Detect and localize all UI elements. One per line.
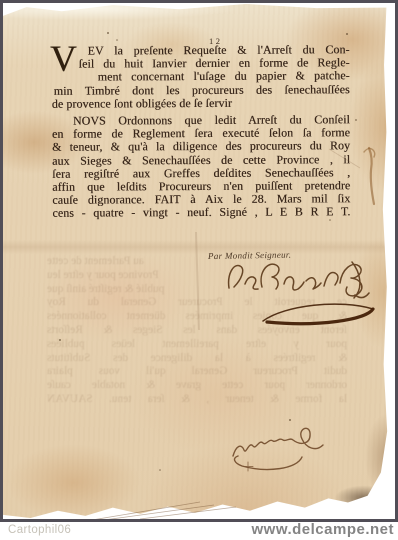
bleedthrough-line: publié & regiſtré ainſi que xyxy=(47,283,347,297)
screenshot-root: au Parlement de cette Province pour y eſ… xyxy=(0,0,398,540)
horizontal-fold-crease xyxy=(3,240,395,254)
bleedthrough-line: ordonner pour cette grave & notable cauſ… xyxy=(47,379,347,393)
verso-bleedthrough-text: au Parlement de cette Province pour y eſ… xyxy=(47,255,347,407)
watermark-site: www.delcampe.net xyxy=(252,521,394,538)
bleedthrough-line: & que copies imprimées düement collation… xyxy=(47,310,347,324)
bleedthrough-line: pour y eſtre pareillement leües publiées xyxy=(47,338,347,352)
bleedthrough-line: & regiſtrées à la diligence des Subſtitu… xyxy=(47,352,347,366)
bleedthrough-line: ce requeroit le Procureur General du Roy xyxy=(47,296,347,310)
printed-text-block: EV la preſente Requeſte & l'Arreſt du Co… xyxy=(52,43,351,220)
watermark-seller: Cartophil06 xyxy=(8,524,71,536)
bleedthrough-line: Province pour y eſtre leu xyxy=(47,269,347,283)
bleedthrough-line: ſeront envoyées dans les Sieges & Reſſor… xyxy=(47,324,347,338)
document-photo: au Parlement de cette Province pour y eſ… xyxy=(0,0,398,522)
bleedthrough-line: la forme & teneur , & ſera tenu. SAUVAN xyxy=(47,393,347,407)
byline: Par Mondit Seigneur. xyxy=(208,249,328,261)
print-line: cens - quatre - vingt - neuf. Signé , L … xyxy=(52,206,350,221)
bleedthrough-line: dudit Procureur General qu'il vous plair… xyxy=(47,365,347,379)
